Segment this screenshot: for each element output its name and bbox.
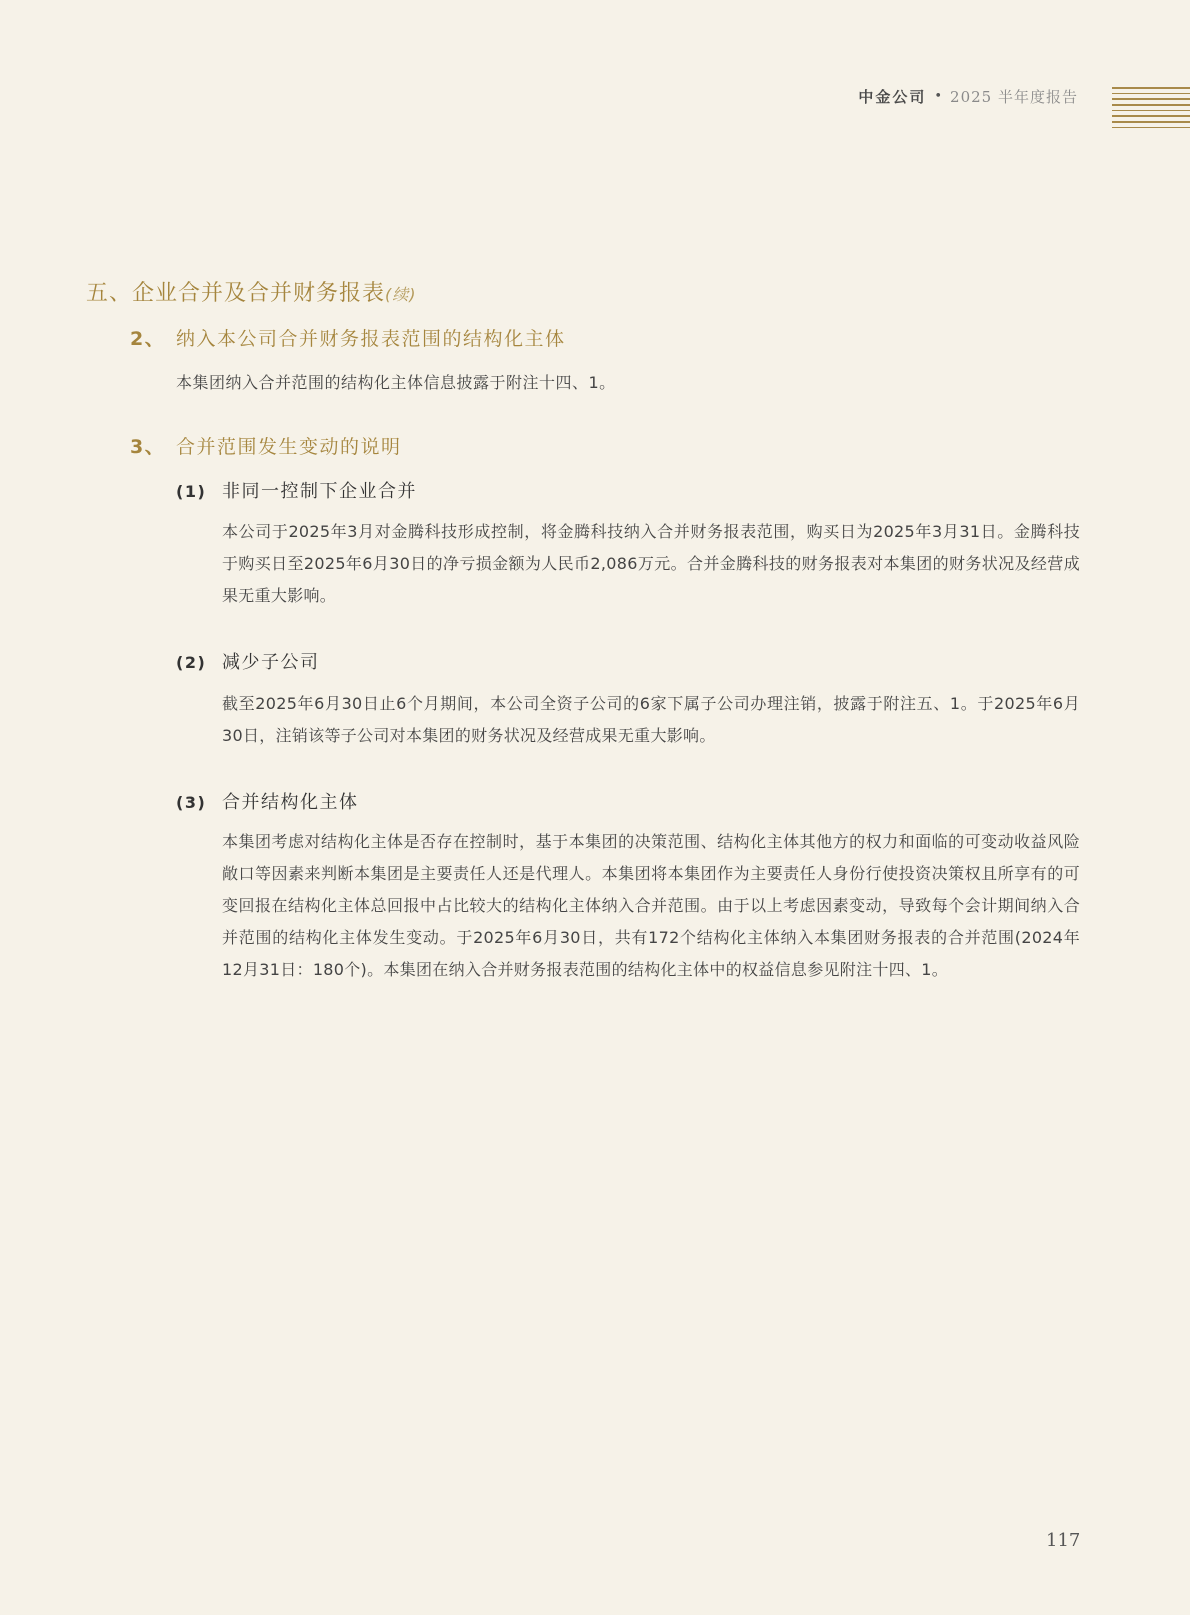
item-3-heading: (3)合并结构化主体 — [176, 788, 359, 814]
section-title-text: 五、企业合并及合并财务报表 — [86, 281, 385, 306]
page-number: 117 — [1046, 1530, 1080, 1551]
item-number: (1) — [176, 482, 222, 501]
subsection-title: 纳入本公司合并财务报表范围的结构化主体 — [176, 328, 566, 350]
item-1-text: 本公司于2025年3月对金腾科技形成控制，将金腾科技纳入合并财务报表范围，购买日… — [222, 516, 1080, 612]
page-header: 中金公司 • 2025 半年度报告 — [858, 86, 1078, 107]
item-number: (3) — [176, 793, 222, 812]
company-name: 中金公司 — [858, 86, 926, 107]
item-number: (2) — [176, 653, 222, 672]
separator-dot: • — [934, 89, 942, 104]
subsection-2-text: 本集团纳入合并范围的结构化主体信息披露于附注十四、1。 — [176, 370, 616, 393]
section-title: 五、企业合并及合并财务报表(续) — [86, 276, 417, 307]
subsection-number: 2、 — [130, 324, 176, 351]
subsection-2-heading: 2、纳入本公司合并财务报表范围的结构化主体 — [130, 324, 566, 351]
continued-label: (续) — [385, 285, 417, 304]
item-2-text: 截至2025年6月30日止6个月期间，本公司全资子公司的6家下属子公司办理注销，… — [222, 688, 1080, 752]
item-2-heading: (2)减少子公司 — [176, 648, 320, 674]
item-title: 减少子公司 — [222, 652, 320, 673]
item-1-heading: (1)非同一控制下企业合并 — [176, 477, 417, 503]
subsection-number: 3、 — [130, 432, 176, 459]
item-title: 合并结构化主体 — [222, 792, 359, 813]
subsection-title: 合并范围发生变动的说明 — [176, 436, 402, 458]
decorative-stripes-icon — [1112, 87, 1190, 135]
report-title: 2025 半年度报告 — [950, 86, 1078, 107]
subsection-3-heading: 3、合并范围发生变动的说明 — [130, 432, 402, 459]
item-title: 非同一控制下企业合并 — [222, 481, 417, 502]
item-3-text: 本集团考虑对结构化主体是否存在控制时，基于本集团的决策范围、结构化主体其他方的权… — [222, 826, 1080, 986]
